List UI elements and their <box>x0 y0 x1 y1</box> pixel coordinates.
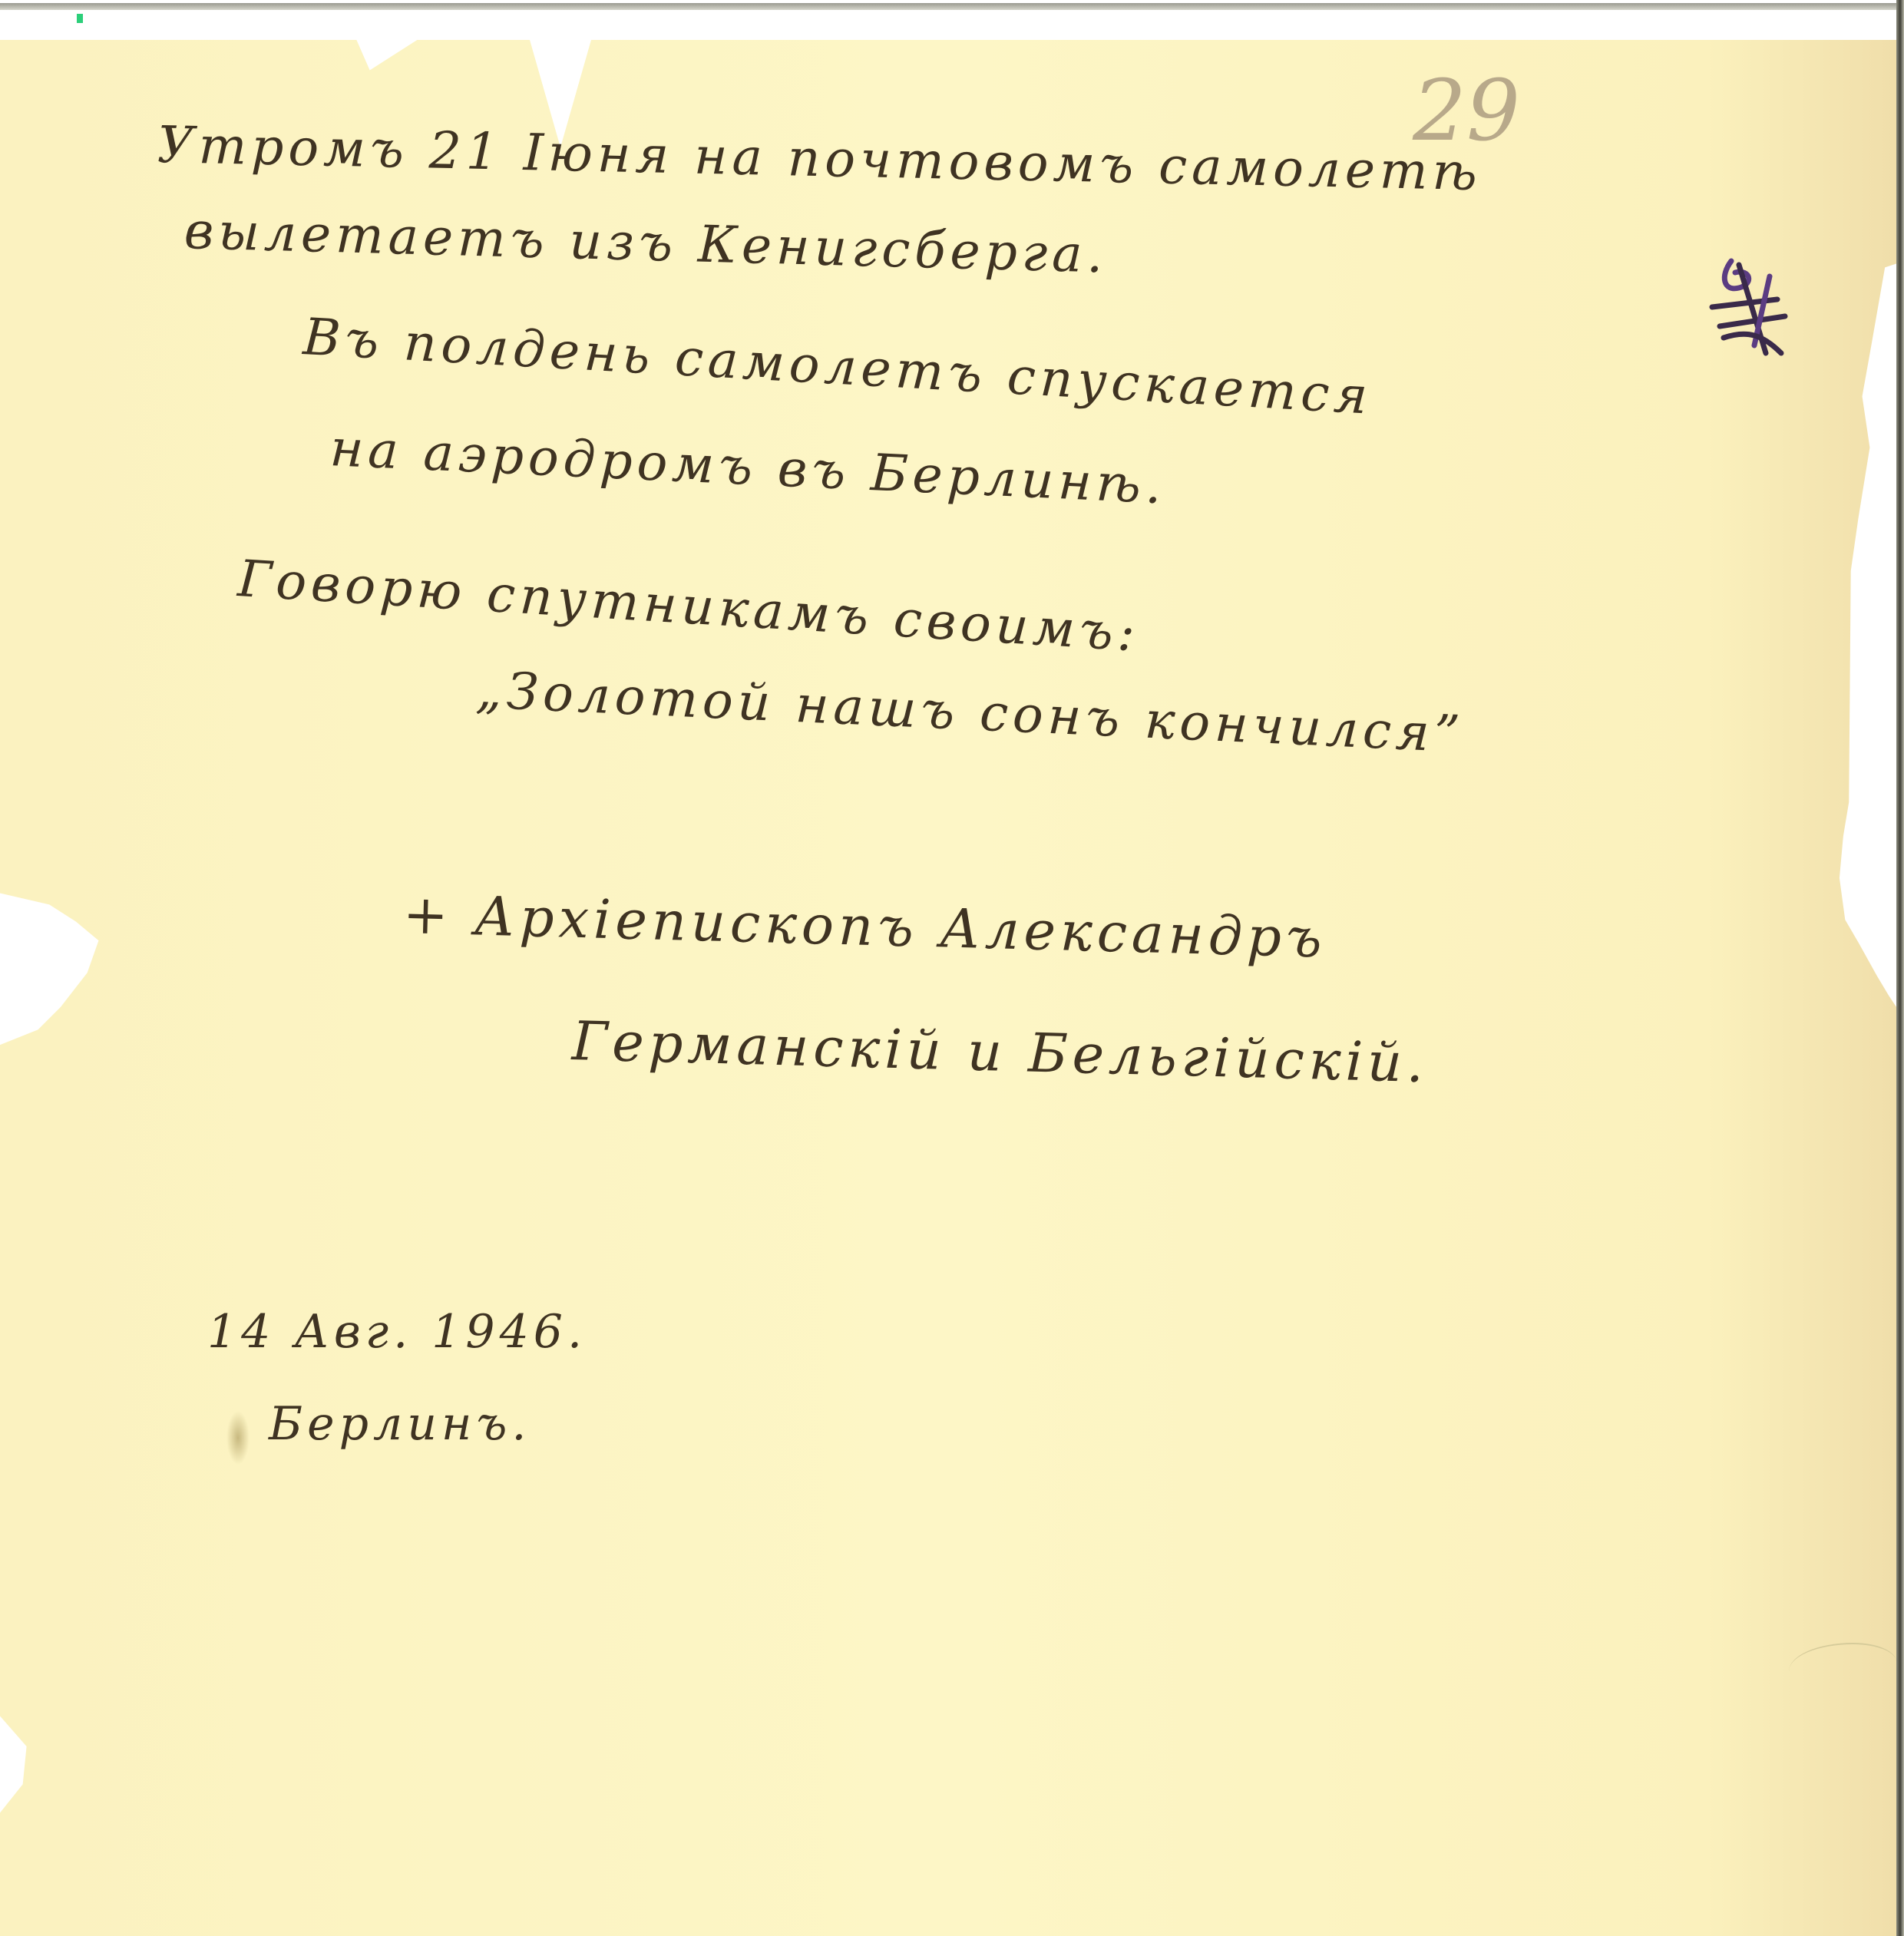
letter-page <box>0 40 1896 1936</box>
scanner-top-edge <box>0 3 1898 10</box>
green-tab-mark-icon <box>77 14 83 23</box>
paper-stain <box>226 1411 250 1465</box>
letter-place: Берлинъ. <box>269 1397 531 1451</box>
archive-scribble-mark-icon <box>1708 253 1793 361</box>
scanner-right-edge <box>1896 0 1904 1936</box>
letter-date: 14 Авг. 1946. <box>207 1305 587 1359</box>
